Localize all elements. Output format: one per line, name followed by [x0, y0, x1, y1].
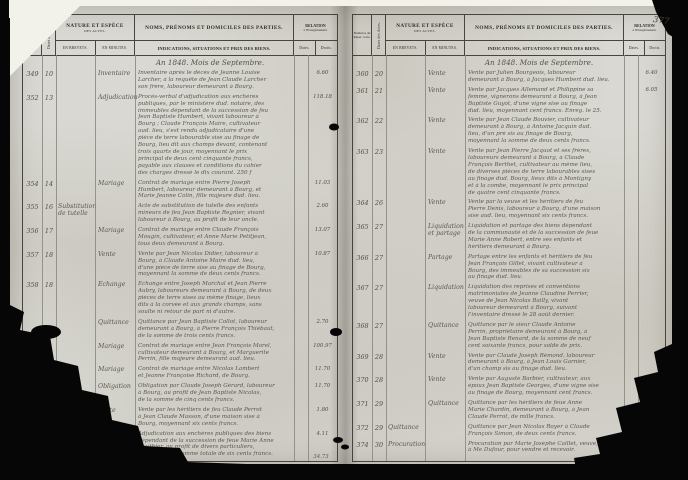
entry-duty-amount	[638, 441, 665, 455]
register-page: Numéros du Réper- toire. Dates des Actes…	[10, 6, 672, 468]
register-entry-row: Mariage Contrat de mariage entre Nicolas…	[23, 366, 337, 383]
entry-nature-brevet: Substitution de tutelle	[56, 203, 95, 224]
entry-nature-minute: Partage	[425, 254, 465, 282]
entry-number: 357	[23, 251, 42, 279]
entry-day: 26	[372, 199, 386, 220]
entry-nature-brevet	[56, 343, 95, 364]
entry-description: Partage entre les enfants et héritiers d…	[465, 254, 624, 282]
entry-nature-brevet	[56, 281, 95, 316]
entry-nature-brevet	[56, 407, 95, 428]
entry-duty-amount	[638, 376, 665, 397]
right-edge-shadow	[683, 0, 688, 480]
entry-nature-minute: Vente	[95, 407, 135, 428]
entry-nature-minute: Vente	[425, 87, 465, 115]
entry-nature-brevet	[386, 254, 425, 282]
entry-nature-brevet	[386, 223, 425, 251]
entry-nature-brevet	[56, 70, 95, 91]
entry-nature-brevet: Procuration	[386, 441, 425, 455]
entry-description: Adjudication aux enchères publiques des …	[135, 431, 294, 459]
entry-duty-amount	[638, 424, 665, 438]
column-header-nature: NATURE ET ESPÈCEDES ACTES. EN BREVETS.EN…	[56, 15, 135, 55]
entry-day	[42, 407, 56, 428]
entry-nature-brevet	[386, 70, 425, 84]
entry-registration-date	[294, 407, 308, 428]
relation-dates-label: Dates.	[624, 41, 644, 55]
entry-duty-amount	[638, 223, 665, 251]
entry-nature-brevet	[386, 322, 425, 350]
entry-nature-minute: Vente	[425, 199, 465, 220]
entry-number: 354	[23, 180, 42, 201]
entry-duty-amount	[638, 254, 665, 282]
register-entry-row: 361 21 Vente Vente par Jacques Allemand …	[353, 87, 665, 118]
entry-registration-date	[294, 366, 308, 380]
entry-day: 22	[372, 117, 386, 145]
entry-nature-minute	[425, 424, 465, 438]
relation-dates-label: Dates.	[294, 41, 315, 55]
entry-number: 355	[23, 203, 42, 224]
entry-number	[23, 431, 42, 459]
en-brevets-label: EN BREVETS.	[386, 41, 425, 55]
entry-day: 21	[372, 87, 386, 115]
entry-day	[42, 343, 56, 364]
register-entry-row: Obligation Obligation par Claude Joseph …	[23, 383, 337, 407]
entry-registration-date	[294, 227, 308, 248]
register-entry-row: 369 28 Vente Vente par Claude Joseph Rém…	[353, 353, 665, 377]
column-rule	[42, 55, 43, 461]
entry-nature-brevet	[386, 353, 425, 374]
register-entry-row: 368 27 Quittance Quittance par le sieur …	[353, 322, 665, 353]
left-page-entries: An 1848. Mois de Septembre. 349 10 Inven…	[23, 56, 337, 460]
column-rule	[465, 55, 466, 461]
entry-number: 349	[23, 70, 42, 91]
nature-subtitle: DES ACTES.	[84, 29, 106, 33]
left-edge-shadow	[0, 0, 9, 480]
relation-subtitle: à l'Enregistrement.	[304, 28, 328, 32]
entry-day	[42, 366, 56, 380]
en-minutes-label: EN MINUTES.	[95, 41, 135, 55]
entry-day: 27	[372, 284, 386, 319]
entry-registration-date	[624, 424, 638, 438]
entry-nature-brevet: Quittance	[386, 424, 425, 438]
entry-nature-brevet	[386, 87, 425, 115]
entry-day	[42, 383, 56, 404]
entry-description: Vente par les héritiers de feu Claude Pe…	[135, 407, 294, 428]
register-entry-row: 356 17 Mariage Contrat de mariage entre …	[23, 227, 337, 251]
entry-day: 27	[372, 254, 386, 282]
entry-registration-date	[624, 70, 638, 84]
entry-nature-brevet	[56, 180, 95, 201]
en-brevets-label: EN BREVETS.	[56, 41, 95, 55]
entry-registration-date	[294, 281, 308, 316]
register-entry-row: 372 29 Quittance Quittance par Jean Nico…	[353, 424, 665, 441]
entry-description: Contrat de mariage entre Pierre JosephHu…	[135, 180, 294, 201]
entry-registration-date	[624, 223, 638, 251]
entry-duty-amount: 6.40	[638, 70, 665, 84]
entry-registration-date	[294, 319, 308, 340]
scanned-register-spread: Numéros du Réper- toire. Dates des Actes…	[0, 0, 688, 480]
entry-day: 20	[372, 70, 386, 84]
entry-description: Quittance par les héritiers de feue Anne…	[465, 400, 624, 421]
entry-description: Obligation par Claude Joseph Gérard, lab…	[135, 383, 294, 404]
entry-nature-minute: Vente	[425, 353, 465, 374]
column-rule	[95, 55, 96, 461]
entry-registration-date	[294, 251, 308, 279]
column-header-parties: NOMS, PRÉNOMS ET DOMICILES DES PARTIES. …	[135, 15, 294, 55]
entry-nature-minute: Echange	[95, 281, 135, 316]
entry-nature-minute: Obligation	[95, 383, 135, 404]
entry-nature-brevet	[56, 383, 95, 404]
column-rule	[386, 55, 387, 461]
entry-registration-date	[624, 441, 638, 455]
right-table-header: Numéros du Réper- toire. Dates des Actes…	[353, 15, 665, 56]
entry-number	[23, 343, 42, 364]
entry-registration-date	[294, 343, 308, 364]
entry-description: Inventaire après le décès de Jeanne Loui…	[135, 70, 294, 91]
register-entry-row: 357 18 Vente Vente par Jean Nicolas Didi…	[23, 251, 337, 282]
right-page-table: Numéros du Réper- toire. Dates des Actes…	[352, 14, 666, 462]
entry-nature-brevet	[386, 400, 425, 421]
register-entry-row: 374 30 Procuration Procuration par Marie…	[353, 441, 665, 458]
entry-registration-date	[624, 254, 638, 282]
entry-day: 13	[42, 94, 56, 177]
entry-day: 30	[372, 441, 386, 455]
entry-description: Contrat de mariage entre Jean François M…	[135, 343, 294, 364]
entry-registration-date	[624, 284, 638, 319]
register-entry-row: 367 27 Liquidation Liquidation des repri…	[353, 284, 665, 322]
entry-nature-brevet	[56, 94, 95, 177]
left-page-table: Numéros du Réper- toire. Dates des Actes…	[22, 14, 338, 462]
register-entry-row: 360 20 Vente Vente par Julien Bourgeois,…	[353, 70, 665, 87]
en-minutes-label: EN MINUTES.	[425, 41, 465, 55]
entry-duty-amount	[638, 284, 665, 319]
entry-nature-minute: Vente	[425, 148, 465, 196]
act-dates-label: Dates des Actes.	[47, 22, 51, 49]
entry-registration-date	[624, 199, 638, 220]
indications-label: INDICATIONS, SITUATIONS ET PRIX DES BIEN…	[135, 41, 293, 55]
entry-description: Vente par Claude Joseph Rémond, laboureu…	[465, 353, 624, 374]
entry-registration-date	[294, 180, 308, 201]
entry-description: Procuration par Marie Josèphe Caillet, v…	[465, 441, 624, 455]
entry-description: Acte de substitution de tutelle des enfa…	[135, 203, 294, 224]
entry-nature-minute: Mariage	[95, 180, 135, 201]
month-heading: An 1848. Mois de Septembre.	[353, 56, 665, 70]
entry-nature-minute: Vente	[425, 117, 465, 145]
entry-description: Liquidation des reprises et conventionsm…	[465, 284, 624, 319]
entry-nature-minute: Adjudication	[95, 94, 135, 177]
register-entry-row: 362 22 Vente Vente par Jean Claude Bouvi…	[353, 117, 665, 148]
folio-number: 377	[652, 15, 669, 27]
entry-registration-date	[294, 94, 308, 177]
entry-registration-date	[294, 383, 308, 404]
entry-description: Liquidation et partage des biens dépenda…	[465, 223, 624, 251]
entry-description: Quittance par le sieur Claude AntoinePer…	[465, 322, 624, 350]
entry-day	[42, 431, 56, 459]
register-entry-row: 349 10 Inventaire Inventaire après le dé…	[23, 70, 337, 94]
entry-nature-minute: Liquidation	[425, 284, 465, 319]
entry-nature-minute	[95, 203, 135, 224]
register-entry-row: 364 26 Vente Vente par la veuve et les h…	[353, 199, 665, 223]
entry-nature-brevet	[56, 319, 95, 340]
entry-nature-brevet	[386, 199, 425, 220]
entry-nature-brevet	[56, 431, 95, 459]
entry-day: 28	[372, 353, 386, 374]
column-rule	[624, 55, 625, 461]
entry-registration-date	[624, 376, 638, 397]
repertoire-number-label: Numéros du Réper- toire.	[23, 31, 41, 40]
entry-duty-amount	[638, 117, 665, 145]
entry-nature-minute: Quittance	[95, 319, 135, 340]
entry-description: Échange entre Joseph Marchal et Jean Pie…	[135, 281, 294, 316]
nature-subtitle: DES ACTES.	[414, 29, 436, 33]
column-rule	[425, 55, 426, 461]
entry-number	[23, 407, 42, 428]
entry-nature-minute: Vente	[425, 376, 465, 397]
entry-number: 352	[23, 94, 42, 177]
register-entry-row: 355 16 Substitution de tutelle Acte de s…	[23, 203, 337, 227]
column-rule	[308, 55, 309, 461]
entry-description: Quittance par Jean Nicolas Royer à Claud…	[465, 424, 624, 438]
entry-nature-minute: Mariage	[95, 366, 135, 380]
register-entry-row: Quittance Quittance par Jean Baptiste Co…	[23, 319, 337, 343]
entry-nature-brevet	[386, 117, 425, 145]
column-rule	[294, 55, 295, 461]
entry-day: 29	[372, 424, 386, 438]
entry-duty-amount	[638, 148, 665, 196]
entry-nature-brevet	[386, 148, 425, 196]
entry-nature-minute: Vente	[425, 70, 465, 84]
entry-registration-date	[624, 322, 638, 350]
column-header-parties: NOMS, PRÉNOMS ET DOMICILES DES PARTIES. …	[465, 15, 624, 55]
entry-description: Vente par Jean Nicolas Didier, laboureur…	[135, 251, 294, 279]
noms-label: NOMS, PRÉNOMS ET DOMICILES DES PARTIES.	[475, 25, 613, 31]
column-rule	[638, 55, 639, 461]
column-header-act-dates: Dates des Actes.	[42, 15, 56, 55]
register-entry-row: 363 23 Vente Vente par Jean Pierre Jacqu…	[353, 148, 665, 199]
entry-day: 16	[42, 203, 56, 224]
column-rule	[56, 55, 57, 461]
entry-day: 18	[42, 251, 56, 279]
entry-number	[23, 383, 42, 404]
month-heading: An 1848. Mois de Septembre.	[23, 56, 337, 70]
entry-duty-amount: 6.05	[638, 87, 665, 115]
entry-number	[23, 366, 42, 380]
entry-day: 29	[372, 400, 386, 421]
entry-nature-minute: Vente	[95, 251, 135, 279]
entry-nature-brevet	[386, 284, 425, 319]
entry-description: Vente par Auguste Barbier, cultivateur, …	[465, 376, 624, 397]
column-header-repertoire-number: Numéros du Réper- toire.	[23, 15, 42, 55]
entry-description: Vente par la veuve et les héritiers de f…	[465, 199, 624, 220]
entry-day: 10	[42, 70, 56, 91]
register-entry-row: Adjudication Adjudication aux enchères p…	[23, 431, 337, 460]
entry-registration-date	[624, 400, 638, 421]
register-entry-row: 371 29 Quittance Quittance par les hérit…	[353, 400, 665, 424]
entry-day: 23	[372, 148, 386, 196]
entry-duty-amount	[638, 400, 665, 421]
entry-day	[42, 319, 56, 340]
page-gutter-shadow	[330, 6, 358, 468]
entry-duty-amount	[638, 322, 665, 350]
entry-registration-date	[294, 70, 308, 91]
entry-day: 14	[42, 180, 56, 201]
entry-description: Contrat de mariage entre Nicolas Lambert…	[135, 366, 294, 380]
entry-nature-brevet	[386, 376, 425, 397]
register-entry-row: Mariage Contrat de mariage entre Jean Fr…	[23, 343, 337, 367]
entry-nature-minute: Liquidation et partage	[425, 223, 465, 251]
entry-registration-date	[624, 117, 638, 145]
entry-number	[23, 319, 42, 340]
entry-duty-amount	[638, 199, 665, 220]
entry-description: Vente par Jacques Allemand et Philippine…	[465, 87, 624, 115]
register-entry-row: 354 14 Mariage Contrat de mariage entre …	[23, 180, 337, 204]
entry-nature-minute	[425, 441, 465, 455]
entry-description: Contrat de mariage entre Claude François…	[135, 227, 294, 248]
right-page-entries: An 1848. Mois de Septembre. 360 20 Vente…	[353, 56, 665, 460]
entry-description: Vente par Jean Pierre Jacquot et ses frè…	[465, 148, 624, 196]
indications-label: INDICATIONS, SITUATIONS ET PRIX DES BIEN…	[465, 41, 623, 55]
register-entry-row: 352 13 Adjudication Procès-verbal d'adju…	[23, 94, 337, 180]
register-entry-row: 365 27 Liquidation et partage Liquidatio…	[353, 223, 665, 254]
entry-nature-brevet	[56, 227, 95, 248]
entry-registration-date	[624, 148, 638, 196]
entry-day: 18	[42, 281, 56, 316]
entry-nature-brevet	[56, 251, 95, 279]
column-rule	[135, 55, 136, 461]
register-entry-row: 370 28 Vente Vente par Auguste Barbier, …	[353, 376, 665, 400]
entry-nature-minute: Quittance	[425, 400, 465, 421]
entry-nature-brevet	[56, 366, 95, 380]
column-rule	[372, 55, 373, 461]
entry-day: 17	[42, 227, 56, 248]
register-entry-row: 366 27 Partage Partage entre les enfants…	[353, 254, 665, 285]
column-header-act-dates: Dates des Actes.	[372, 15, 386, 55]
entry-registration-date	[294, 203, 308, 224]
entry-registration-date	[624, 87, 638, 115]
entry-number: 356	[23, 227, 42, 248]
relation-droits-label: Droits.	[644, 41, 665, 55]
entry-nature-minute: Mariage	[95, 343, 135, 364]
entry-description: Procès-verbal d'adjudication aux enchère…	[135, 94, 294, 177]
relation-subtitle: à l'Enregistrement.	[633, 28, 657, 32]
entry-number: 358	[23, 281, 42, 316]
entry-registration-date	[624, 353, 638, 374]
entry-nature-minute: Adjudication	[95, 431, 135, 459]
left-table-header: Numéros du Réper- toire. Dates des Actes…	[23, 15, 337, 56]
entry-day: 28	[372, 376, 386, 397]
noms-label: NOMS, PRÉNOMS ET DOMICILES DES PARTIES.	[145, 25, 283, 31]
register-entry-row: 358 18 Echange Échange entre Joseph Marc…	[23, 281, 337, 319]
entry-nature-minute: Inventaire	[95, 70, 135, 91]
register-entry-row: Vente Vente par les héritiers de feu Cla…	[23, 407, 337, 431]
entry-day: 27	[372, 223, 386, 251]
entry-description: Vente par Jean Claude Bouvier, cultivate…	[465, 117, 624, 145]
act-dates-label: Dates des Actes.	[377, 22, 381, 49]
entry-description: Quittance par Jean Baptiste Collot, labo…	[135, 319, 294, 340]
entry-nature-minute: Quittance	[425, 322, 465, 350]
entry-duty-amount	[638, 353, 665, 374]
entry-nature-minute: Mariage	[95, 227, 135, 248]
entry-description: Vente par Julien Bourgeois, laboureurdem…	[465, 70, 624, 84]
entry-day: 27	[372, 322, 386, 350]
column-header-nature: NATURE ET ESPÈCEDES ACTES. EN BREVETS.EN…	[386, 15, 465, 55]
